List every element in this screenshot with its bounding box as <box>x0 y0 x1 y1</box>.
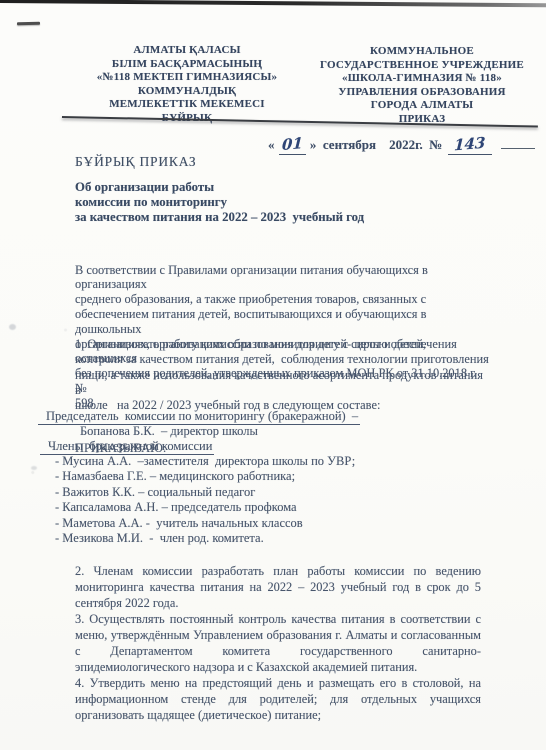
handwritten-day-slot: 01 <box>279 137 306 155</box>
letterhead-kazakh: АЛМАТЫ ҚАЛАСЫ БІЛІМ БАСҚАРМАСЫНЫҢ «№118 … <box>72 44 302 126</box>
document-heading: БҰЙРЫҚ ПРИКАЗ <box>75 154 197 170</box>
scan-smudge <box>31 466 37 470</box>
chair-heading: Председатель комиссии по мониторингу (бр… <box>38 409 360 424</box>
order-subject: Об организации работы комиссии по монито… <box>75 180 505 226</box>
handwritten-day: 01 <box>281 137 302 152</box>
letterhead-line: КОММУНАЛЬНОЕ <box>298 45 546 59</box>
order-item-4: 4. Утвердить меню на предстоящий день и … <box>75 675 481 723</box>
chair-heading-text: Председатель комиссии по мониторингу (бр… <box>38 409 360 425</box>
letterhead-russian: КОММУНАЛЬНОЕ ГОСУДАРСТВЕННОЕ УЧРЕЖДЕНИЕ … <box>298 45 546 127</box>
letterhead-line: АЛМАТЫ ҚАЛАСЫ <box>72 44 302 58</box>
handwritten-number-slot: 143 <box>448 137 492 155</box>
order-item-1: 1. Организовать работу комиссии по монит… <box>75 337 490 413</box>
blank-underline <box>501 137 535 149</box>
scanned-order-document: АЛМАТЫ ҚАЛАСЫ БІЛІМ БАСҚАРМАСЫНЫҢ «№118 … <box>0 0 546 750</box>
letterhead-line: КОММУНАЛДЫҚ <box>72 85 302 99</box>
letterhead-line: ГОРОДА АЛМАТЫ <box>298 99 546 113</box>
members-heading: Члены бракеражной комиссии <box>40 439 214 454</box>
scan-smudge <box>9 324 16 330</box>
quote-close: » <box>310 137 317 152</box>
order-items: 2. Членам комиссии разработать план рабо… <box>75 563 481 723</box>
letterhead-line: МЕМЛЕКЕТТІК МЕКЕМЕСІ <box>72 98 302 112</box>
letterhead-line: БІЛІМ БАСҚАРМАСЫНЫҢ <box>72 58 302 72</box>
date-and-number-line: « 01 » сентября 2022г. № 143 <box>268 137 538 155</box>
members-list: - Мусина А.А. –заместителя директора шко… <box>55 454 355 546</box>
number-sign: № <box>429 137 442 152</box>
scan-edge-artifact <box>0 0 546 7</box>
letterhead-line: «ШКОЛА-ГИМНАЗИЯ № 118» <box>298 72 546 86</box>
members-heading-text: Члены бракеражной комиссии <box>40 439 214 455</box>
letterhead-line: «№118 МЕКТЕП ГИМНАЗИЯСЫ» <box>72 71 302 85</box>
letterhead-line: ГОСУДАРСТВЕННОЕ УЧРЕЖДЕНИЕ <box>298 59 546 73</box>
order-item-3: 3. Осуществлять постоянный контроль каче… <box>75 611 481 675</box>
handwritten-number: 143 <box>454 137 486 153</box>
year-label: 2022г. <box>389 137 423 152</box>
month-label: сентября <box>323 137 376 152</box>
order-item-2: 2. Членам комиссии разработать план рабо… <box>75 563 481 611</box>
chair-name: Бопанова Б.К. – директор школы <box>80 424 258 439</box>
letterhead-line: УПРАВЛЕНИЯ ОБРАЗОВАНИЯ <box>298 86 546 100</box>
quote-open: « <box>268 137 275 152</box>
pen-dash-artifact <box>17 22 40 25</box>
